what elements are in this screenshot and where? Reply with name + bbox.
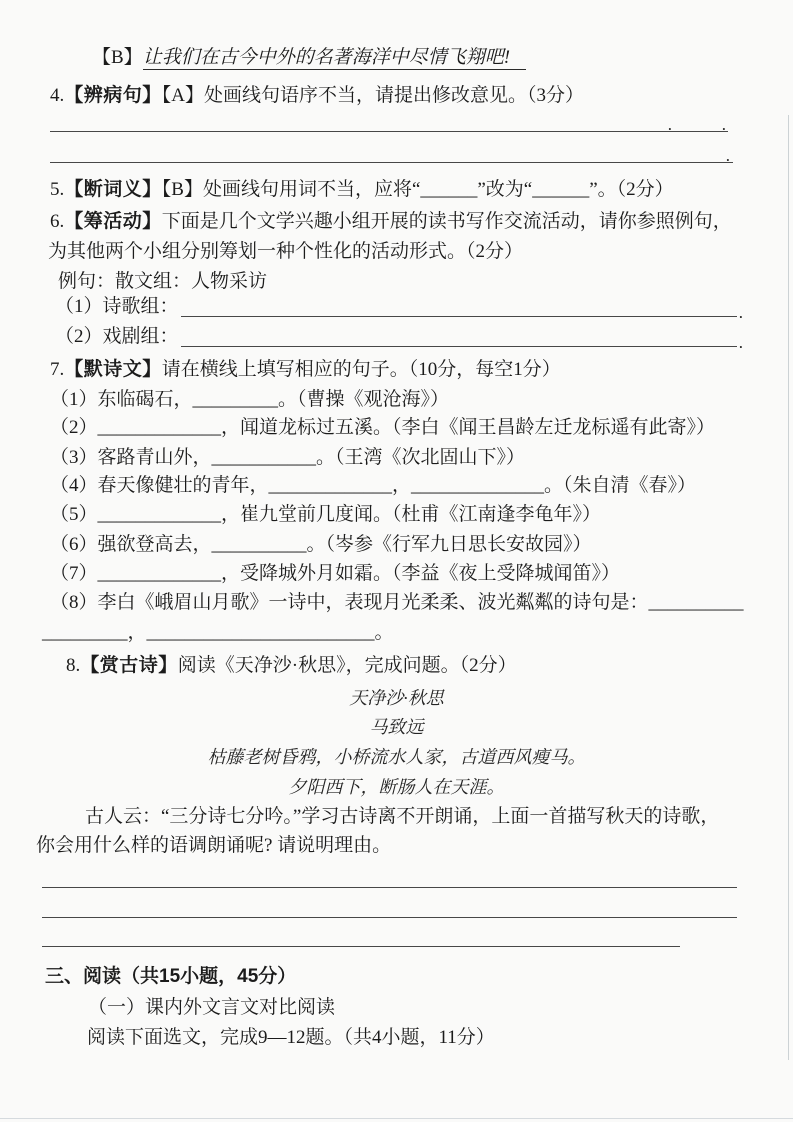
question-5-stem: 5.【断词义】【B】处画线句用词不当，应将“______”改为“______”。… xyxy=(50,175,674,205)
poem-author: 马致远 xyxy=(0,712,793,742)
question-6-item-1-label: （1）诗歌组： xyxy=(55,292,179,322)
question-8-paragraph-line2: 你会用什么样的语调朗诵呢? 请说明理由。 xyxy=(36,831,391,861)
question-5-number: 5. xyxy=(50,179,64,200)
question-7-item-6: （6）强欲登高去，__________。（岑参《行军九日思长安故园》） xyxy=(50,530,592,560)
answer-line-q4-2: . xyxy=(50,148,733,163)
question-6-item-2-label: （2）戏剧组： xyxy=(55,322,179,352)
question-8-tag: 【赏古诗】 xyxy=(80,655,178,676)
question-6-item-1-dot: . xyxy=(739,306,743,320)
question-6-item-1-blank-line xyxy=(181,316,737,317)
answer-line-q4-1-dot-b: . xyxy=(722,120,726,130)
question-6-number: 6. xyxy=(50,211,64,232)
section-3-subheading-1: （一）课内外文言文对比阅读 xyxy=(88,993,335,1023)
question-6-item-1: （1）诗歌组： . xyxy=(55,292,743,322)
question-8-paragraph-line1: 古人云：“三分诗七分吟。”学习古诗离不开朗诵，上面一首描写秋天的诗歌， xyxy=(85,802,719,832)
poem-title: 天净沙·秋思 xyxy=(0,683,793,713)
intro-sentence-b: 【B】让我们在古今中外的名著海洋中尽情飞翔吧! xyxy=(92,43,526,73)
scan-page-edge-vertical xyxy=(788,115,789,1060)
answer-line-q4-1: . . xyxy=(50,117,728,132)
question-7-item-8: （8）李白《峨眉山月歌》一诗中，表现月光柔柔、波光粼粼的诗句是：________… xyxy=(50,588,744,618)
intro-b-underlined-text: 让我们在古今中外的名著海洋中尽情飞翔吧! xyxy=(143,47,526,70)
answer-line-q4-2-dot: . xyxy=(726,151,730,161)
question-7-number: 7. xyxy=(50,359,64,380)
question-7-item-8-continuation: _________，________________________。 xyxy=(42,618,394,648)
question-6-text-line1: 下面是几个文学兴趣小组开展的读书写作交流活动，请你参照例句， xyxy=(162,211,732,232)
question-8-stem: 8.【赏古诗】阅读《天净沙·秋思》，完成问题。（2分） xyxy=(66,651,517,681)
poem-line-1: 枯藤老树昏鸦，小桥流水人家，古道西风瘦马。 xyxy=(0,742,793,772)
question-6-item-2: （2）戏剧组： . xyxy=(55,322,743,352)
answer-line-q8-2 xyxy=(42,903,737,918)
question-7-item-1: （1）东临碣石，_________。（曹操《观沧海》） xyxy=(50,385,449,415)
question-4-tag: 【辨病句】 xyxy=(64,85,162,106)
section-3-heading: 三、阅读（共15小题，45分） xyxy=(45,962,296,992)
question-6-stem-line1: 6.【筹活动】下面是几个文学兴趣小组开展的读书写作交流活动，请你参照例句， xyxy=(50,207,732,237)
exam-paper-page: 【B】让我们在古今中外的名著海洋中尽情飞翔吧! 4.【辨病句】【A】处画线句语序… xyxy=(0,0,793,1122)
question-6-item-2-dot: . xyxy=(739,336,743,350)
question-7-item-3: （3）客路青山外，___________。（王湾《次北固山下》） xyxy=(50,443,525,473)
answer-line-q8-1 xyxy=(42,873,737,888)
question-5-tag: 【断词义】 xyxy=(64,179,162,200)
intro-b-tag: 【B】 xyxy=(92,47,143,68)
question-7-item-5: （5）_____________，崔九堂前几度闻。（杜甫《江南逢李龟年》） xyxy=(50,500,601,530)
question-7-item-7: （7）_____________，受降城外月如霜。（李益《夜上受降城闻笛》） xyxy=(50,559,620,589)
answer-line-q4-1-dot-a: . xyxy=(668,120,672,130)
question-7-item-4: （4）春天像健壮的青年，_____________，______________… xyxy=(50,471,696,501)
question-7-tag: 【默诗文】 xyxy=(64,359,162,380)
question-4-text: 【A】处画线句语序不当，请提出修改意见。（3分） xyxy=(162,85,584,106)
question-4-number: 4. xyxy=(50,85,64,106)
question-4-stem: 4.【辨病句】【A】处画线句语序不当，请提出修改意见。（3分） xyxy=(50,81,584,111)
section-3-subheading-2: 阅读下面选文，完成9—12题。（共4小题，11分） xyxy=(87,1023,495,1053)
question-6-tag: 【筹活动】 xyxy=(64,211,162,232)
question-7-stem: 7.【默诗文】请在横线上填写相应的句子。（10分，每空1分） xyxy=(50,355,561,385)
answer-line-q8-3 xyxy=(42,932,680,947)
question-8-text: 阅读《天净沙·秋思》，完成问题。（2分） xyxy=(178,655,517,676)
scan-page-edge-bottom xyxy=(0,1118,793,1119)
question-8-number: 8. xyxy=(66,655,80,676)
question-7-text: 请在横线上填写相应的句子。（10分，每空1分） xyxy=(162,359,561,380)
poem-line-2: 夕阳西下，断肠人在天涯。 xyxy=(0,772,793,802)
question-7-item-2: （2）_____________，闻道龙标过五溪。（李白《闻王昌龄左迁龙标遥有此… xyxy=(50,413,715,443)
question-6-item-2-blank-line xyxy=(181,346,737,347)
question-5-text: 【B】处画线句用词不当，应将“______”改为“______”。（2分） xyxy=(162,179,674,200)
question-6-stem-line2: 为其他两个小组分别筹划一种个性化的活动形式。（2分） xyxy=(48,237,523,267)
